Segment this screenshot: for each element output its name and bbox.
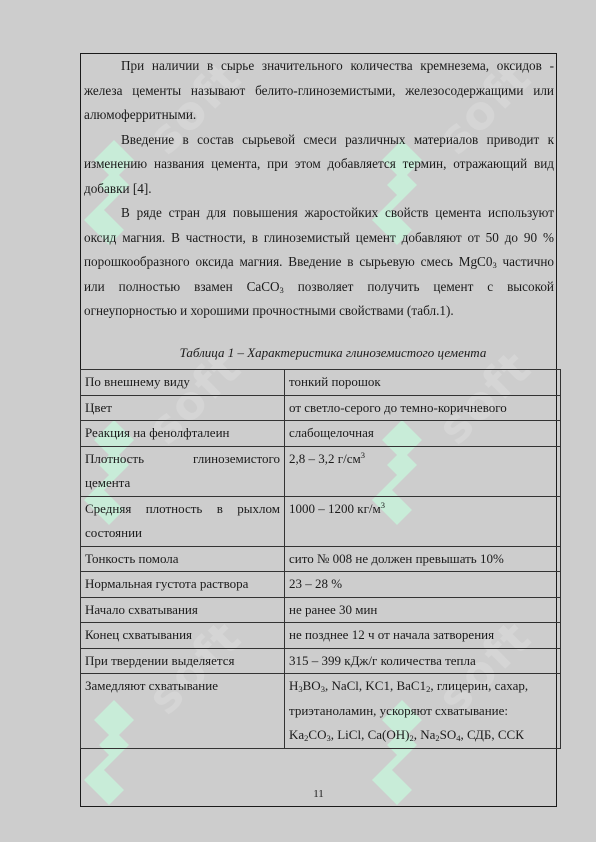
property-name-cell: Конец схватывания	[81, 623, 285, 649]
table-row: Конец схватыванияне позднее 12 ч от нача…	[81, 623, 561, 649]
property-value-cell: тонкий порошок	[285, 370, 561, 396]
property-name-cell: Реакция на фенолфталеин	[81, 421, 285, 447]
property-name-cell: Нормальная густота раствора	[81, 572, 285, 598]
property-name-cell: При твердении выделяется	[81, 648, 285, 674]
table-row: Замедляют схватываниеH3BO3, NaCl, KC1, B…	[81, 674, 561, 749]
property-name-cell: Средняя плотность в рыхлом состоянии	[81, 496, 285, 546]
table-row: Плотность глиноземистого цемента2,8 – 3,…	[81, 446, 561, 496]
body-text: При наличии в сырье значительного количе…	[84, 54, 554, 324]
property-value-cell: H3BO3, NaCl, KC1, BaC12, глицерин, сахар…	[285, 674, 561, 749]
property-value-cell: сито № 008 не должен превышать 10%	[285, 546, 561, 572]
table-row: Нормальная густота раствора23 – 28 %	[81, 572, 561, 598]
table-row: Цветот светло-серого до темно-коричневог…	[81, 395, 561, 421]
properties-table: По внешнему видутонкий порошокЦветот све…	[80, 369, 561, 749]
property-name-cell: Цвет	[81, 395, 285, 421]
table-row: Тонкость помоласито № 008 не должен прев…	[81, 546, 561, 572]
property-name-cell: Плотность глиноземистого цемента	[81, 446, 285, 496]
property-value-cell: слабощелочная	[285, 421, 561, 447]
property-value-cell: 1000 – 1200 кг/м3	[285, 496, 561, 546]
table-caption: Таблица 1 – Характеристика глиноземистог…	[80, 345, 586, 361]
property-value-cell: не позднее 12 ч от начала затворения	[285, 623, 561, 649]
paragraph: При наличии в сырье значительного количе…	[84, 54, 554, 128]
table-row: Начало схватыванияне ранее 30 мин	[81, 597, 561, 623]
property-name-cell: По внешнему виду	[81, 370, 285, 396]
page-number: 11	[80, 788, 557, 800]
paragraph: В ряде стран для повышения жаростойких с…	[84, 201, 554, 324]
property-value-cell: не ранее 30 мин	[285, 597, 561, 623]
table-row: Реакция на фенолфталеинслабощелочная	[81, 421, 561, 447]
property-value-cell: от светло-серого до темно-коричневого	[285, 395, 561, 421]
property-name-cell: Начало схватывания	[81, 597, 285, 623]
paragraph: Введение в состав сырьевой смеси различн…	[84, 128, 554, 202]
table-row: Средняя плотность в рыхлом состоянии1000…	[81, 496, 561, 546]
property-value-cell: 23 – 28 %	[285, 572, 561, 598]
property-name-cell: Тонкость помола	[81, 546, 285, 572]
property-name-cell: Замедляют схватывание	[81, 674, 285, 749]
table-row: При твердении выделяется315 – 399 кДж/г …	[81, 648, 561, 674]
property-value-cell: 315 – 399 кДж/г количества тепла	[285, 648, 561, 674]
table-row: По внешнему видутонкий порошок	[81, 370, 561, 396]
property-value-cell: 2,8 – 3,2 г/см3	[285, 446, 561, 496]
